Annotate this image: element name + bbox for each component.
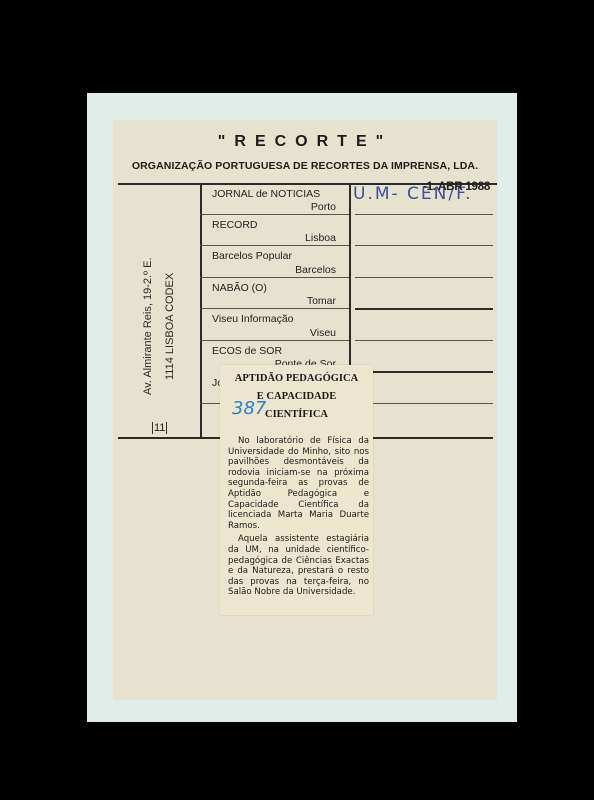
row-divider [200,214,349,215]
row-divider [200,245,349,246]
row-divider [200,340,349,341]
table-right-rule [349,183,351,370]
clipping-paragraph-2: Aquela assistente estagiária da UM, na u… [228,534,369,598]
newspaper-name: ECOS de SOR [212,345,282,357]
row-divider [200,403,220,404]
newspaper-name: Viseu Informação [212,313,294,325]
row-divider [200,277,349,278]
date-divider [355,277,493,278]
newspaper-city: Viseu [208,327,336,339]
newspaper-city: Barcelos [208,264,336,276]
date-divider [373,437,493,439]
address-line-1: Av. Almirante Reis, 19-2.º E. [142,258,154,396]
date-divider [373,371,493,373]
date-divider [355,308,493,310]
newspaper-city: Lisboa [208,232,336,244]
date-divider [373,403,493,404]
row-divider [200,308,349,309]
date-stamp: -1. ABR 1988 [423,179,490,193]
clipping-headline-1: APTIDÃO PEDAGÓGICA [220,373,373,384]
newspaper-city: Porto [208,201,336,213]
clipping-body: No laboratório de Física da Universidade… [228,436,369,598]
table-bottom-rule [118,437,220,439]
clipping-paragraph-1: No laboratório de Física da Universidade… [228,436,369,531]
table-left-rule [200,183,202,437]
clip-number: 387 [232,398,266,419]
newspaper-name: RECORD [212,219,258,231]
date-divider [355,340,493,341]
page-title: "RECORTE" [113,133,497,151]
newspaper-name: Barcelos Popular [212,250,292,262]
organization-name: ORGANIZAÇÃO PORTUGUESA DE RECORTES DA IM… [113,160,497,172]
newspaper-name: NABÃO (O) [212,282,267,294]
newspaper-city: Tomar [208,295,336,307]
date-divider [355,214,493,215]
page-number: 11 [152,422,167,434]
date-divider [355,245,493,246]
address-line-2: 1114 LISBOA CODEX [164,273,176,380]
newspaper-name: JORNAL de NOTICIAS [212,188,320,200]
